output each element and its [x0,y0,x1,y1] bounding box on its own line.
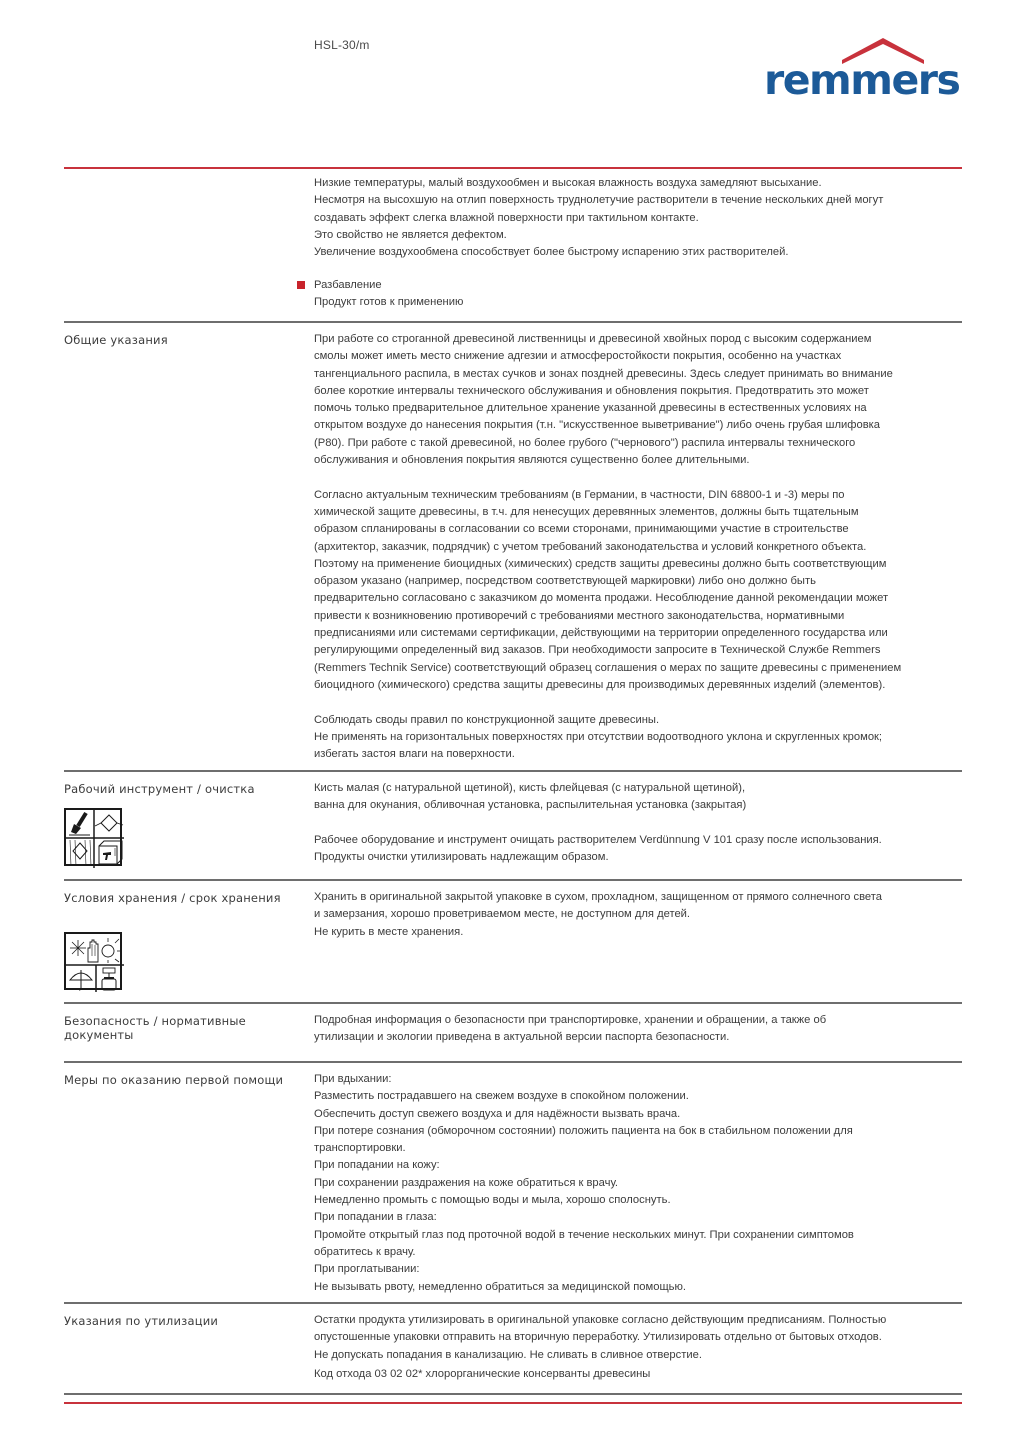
text-line: При сохранении раздражения на коже обрат… [314,1175,964,1192]
text-line: избегать застоя влаги на поверхности. [314,746,964,763]
text-line: биоцидного (химического) средства защиты… [314,677,964,694]
intro-line: Низкие температуры, малый воздухообмен и… [314,175,964,192]
text-line: и замерзания, хорошо проветриваемом мест… [314,906,964,923]
text-line: предписаниями или системами сертификации… [314,625,964,642]
section-text-storage: Хранить в оригинальной закрытой упаковке… [314,889,964,941]
text-line: привести к возникновению противоречий с … [314,608,964,625]
text-line: регулирующими определенный вид заказов. … [314,642,964,659]
text-line: образом указано (например, посредством с… [314,573,964,590]
text-line: образом спланированы в согласовании со в… [314,521,964,538]
text-line: (архитектор, заказчик, подрядчик) с учет… [314,539,964,556]
text-line: Промойте открытый глаз под проточной вод… [314,1227,964,1244]
text-line: тангенциального распила, в местах сучков… [314,366,964,383]
text-line: Обеспечить доступ свежего воздуха и для … [314,1106,964,1123]
text-line: (P80). При работе с такой древесиной, но… [314,435,964,452]
bottom-red-rule [64,1402,962,1404]
text-line: Согласно актуальным техническим требован… [314,487,964,504]
text-line: При проглатывании: [314,1261,964,1278]
text-line: Не допускать попадания в канализацию. Не… [314,1347,964,1364]
dilution-text: Продукт готов к применению [314,294,964,311]
section-divider [64,1002,962,1004]
text-line: открытом воздухе до нанесения покрытия (… [314,417,964,434]
text-line: Не курить в месте хранения. [314,924,964,941]
text-line: (Remmers Technik Service) соответствующи… [314,660,964,677]
intro-line: Несмотря на высохшую на отлип поверхност… [314,192,964,209]
bottom-grey-rule [64,1393,962,1395]
text-line: Не применять на горизонтальных поверхнос… [314,729,964,746]
dilution-title: Разбавление [314,277,964,294]
section-divider [64,1061,962,1063]
text-line: транспортировки. [314,1140,964,1157]
text-line: смолы может иметь место снижение адгезии… [314,348,964,365]
text-line: Код отхода 03 02 02* хлорорганические ко… [314,1366,964,1383]
section-label-tools: Рабочий инструмент / очистка [64,782,284,796]
remmers-logo: remmers [764,38,964,108]
text-line: утилизации и экологии приведена в актуал… [314,1029,964,1046]
text-line: опустошенные упаковки отправить на втори… [314,1329,964,1346]
text-line: При потере сознания (обморочном состояни… [314,1123,964,1140]
text-line: При попадании на кожу: [314,1157,964,1174]
text-line: При вдыхании: [314,1071,964,1088]
dilution-block: Разбавление Продукт готов к применению [314,277,964,312]
section-text-disposal: Остатки продукта утилизировать в оригина… [314,1312,964,1383]
text-line: Поэтому на применение биоцидных (химичес… [314,556,964,573]
text-line: При работе со строганной древесиной лист… [314,331,964,348]
section-label-first-aid: Меры по оказанию первой помощи [64,1073,284,1087]
document-code: HSL-30/m [314,38,370,52]
section-label-general: Общие указания [64,333,284,347]
text-line: Остатки продукта утилизировать в оригина… [314,1312,964,1329]
text-line: Разместить пострадавшего на свежем возду… [314,1088,964,1105]
tools-pictogram-icon [64,808,122,866]
text-line: Подробная информация о безопасности при … [314,1012,964,1029]
text-line: Немедленно промыть с помощью воды и мыла… [314,1192,964,1209]
section-label-storage: Условия хранения / срок хранения [64,891,284,905]
intro-line: Увеличение воздухообмена способствует бо… [314,244,964,261]
section-divider [64,1302,962,1304]
brand-wordmark: remmers [764,56,959,104]
section-label-safety: Безопасность / нормативные документы [64,1014,284,1042]
intro-line: Это свойство не является дефектом. [314,227,964,244]
text-line: ванна для окунания, обливочная установка… [314,797,964,814]
section-text-first-aid: При вдыхании: Разместить пострадавшего н… [314,1071,964,1296]
text-line: обратитесь к врачу. [314,1244,964,1261]
red-bullet-icon [297,281,305,289]
text-line: предварительно согласовано с заказчиком … [314,590,964,607]
section-divider [64,879,962,881]
text-line: Не вызывать рвоту, немедленно обратиться… [314,1279,964,1296]
section-divider [64,770,962,772]
text-line: Хранить в оригинальной закрытой упаковке… [314,889,964,906]
intro-line: создавать эффект слегка влажной поверхно… [314,210,964,227]
text-line: Продукты очистки утилизировать надлежащи… [314,849,964,866]
section-text-safety: Подробная информация о безопасности при … [314,1012,964,1047]
text-line: При попадании в глаза: [314,1209,964,1226]
section-divider [64,321,962,323]
text-line: химической защите древесины, в т.ч. для … [314,504,964,521]
text-line: Кисть малая (с натуральной щетиной), кис… [314,780,964,797]
intro-text: Низкие температуры, малый воздухообмен и… [314,175,964,261]
text-line: более короткие интервалы технического об… [314,383,964,400]
text-line: помочь только предварительное длительное… [314,400,964,417]
section-text-tools: Кисть малая (с натуральной щетиной), кис… [314,780,964,866]
section-label-disposal: Указания по утилизации [64,1314,284,1328]
top-red-rule [64,167,962,169]
text-line: обслуживания и обновления покрытия являю… [314,452,964,469]
text-line: Рабочее оборудование и инструмент очищат… [314,832,964,849]
text-line: Соблюдать своды правил по конструкционно… [314,712,964,729]
section-text-general: При работе со строганной древесиной лист… [314,331,964,763]
storage-pictogram-icon [64,932,122,990]
